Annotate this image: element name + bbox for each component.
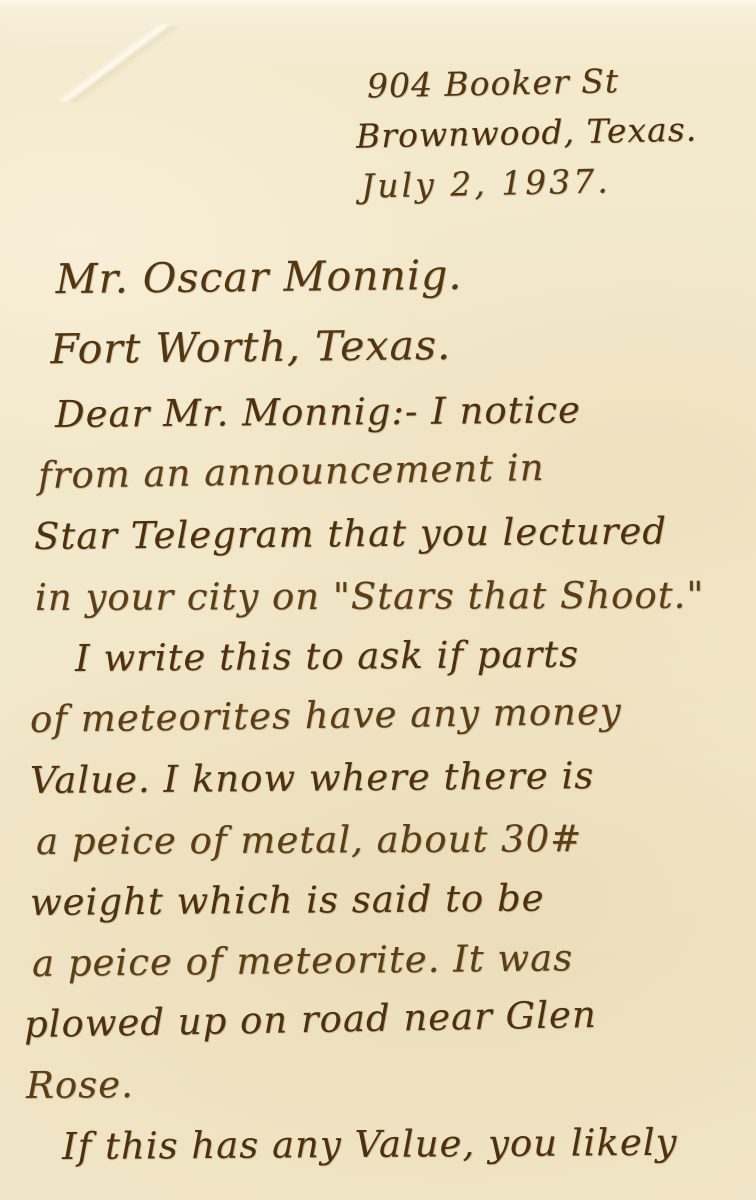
letter-line: Value. I know where there is xyxy=(30,744,751,811)
recipient-name: Mr. Oscar Monnig. xyxy=(55,240,462,314)
sender-address: 904 Booker St xyxy=(366,55,696,112)
letter-line: I write this to ask if parts xyxy=(75,622,751,689)
letter-line: of meteorites have any money xyxy=(30,679,751,750)
letter-line: plowed up on road near Glen xyxy=(23,981,750,1055)
letter-line: from an announcement in xyxy=(38,434,751,506)
scan-edge xyxy=(0,0,756,10)
letter-line: in your city on "Stars that Shoot." xyxy=(35,565,750,628)
letter-line: Rose. xyxy=(26,1049,751,1116)
letter-date: July 2, 1937. xyxy=(361,155,699,212)
paper-crease xyxy=(34,8,195,118)
letter-line: a peice of metal, about 30# xyxy=(36,807,750,872)
letter-line: Star Telegram that you lectured xyxy=(34,500,751,567)
recipient-city: Fort Worth, Texas. xyxy=(50,310,463,384)
letter-page: 904 Booker St Brownwood, Texas. July 2, … xyxy=(0,0,756,1200)
letter-line: If this has any Value, you likely xyxy=(62,1111,750,1177)
letter-header: 904 Booker St Brownwood, Texas. July 2, … xyxy=(366,55,698,212)
recipient-block: Mr. Oscar Monnig. Fort Worth, Texas. xyxy=(55,240,463,384)
sender-city: Brownwood, Texas. xyxy=(356,105,698,162)
letter-line: weight which is said to be xyxy=(30,866,751,933)
letter-body: Dear Mr. Monnig:- I notice from an annou… xyxy=(30,384,750,1177)
